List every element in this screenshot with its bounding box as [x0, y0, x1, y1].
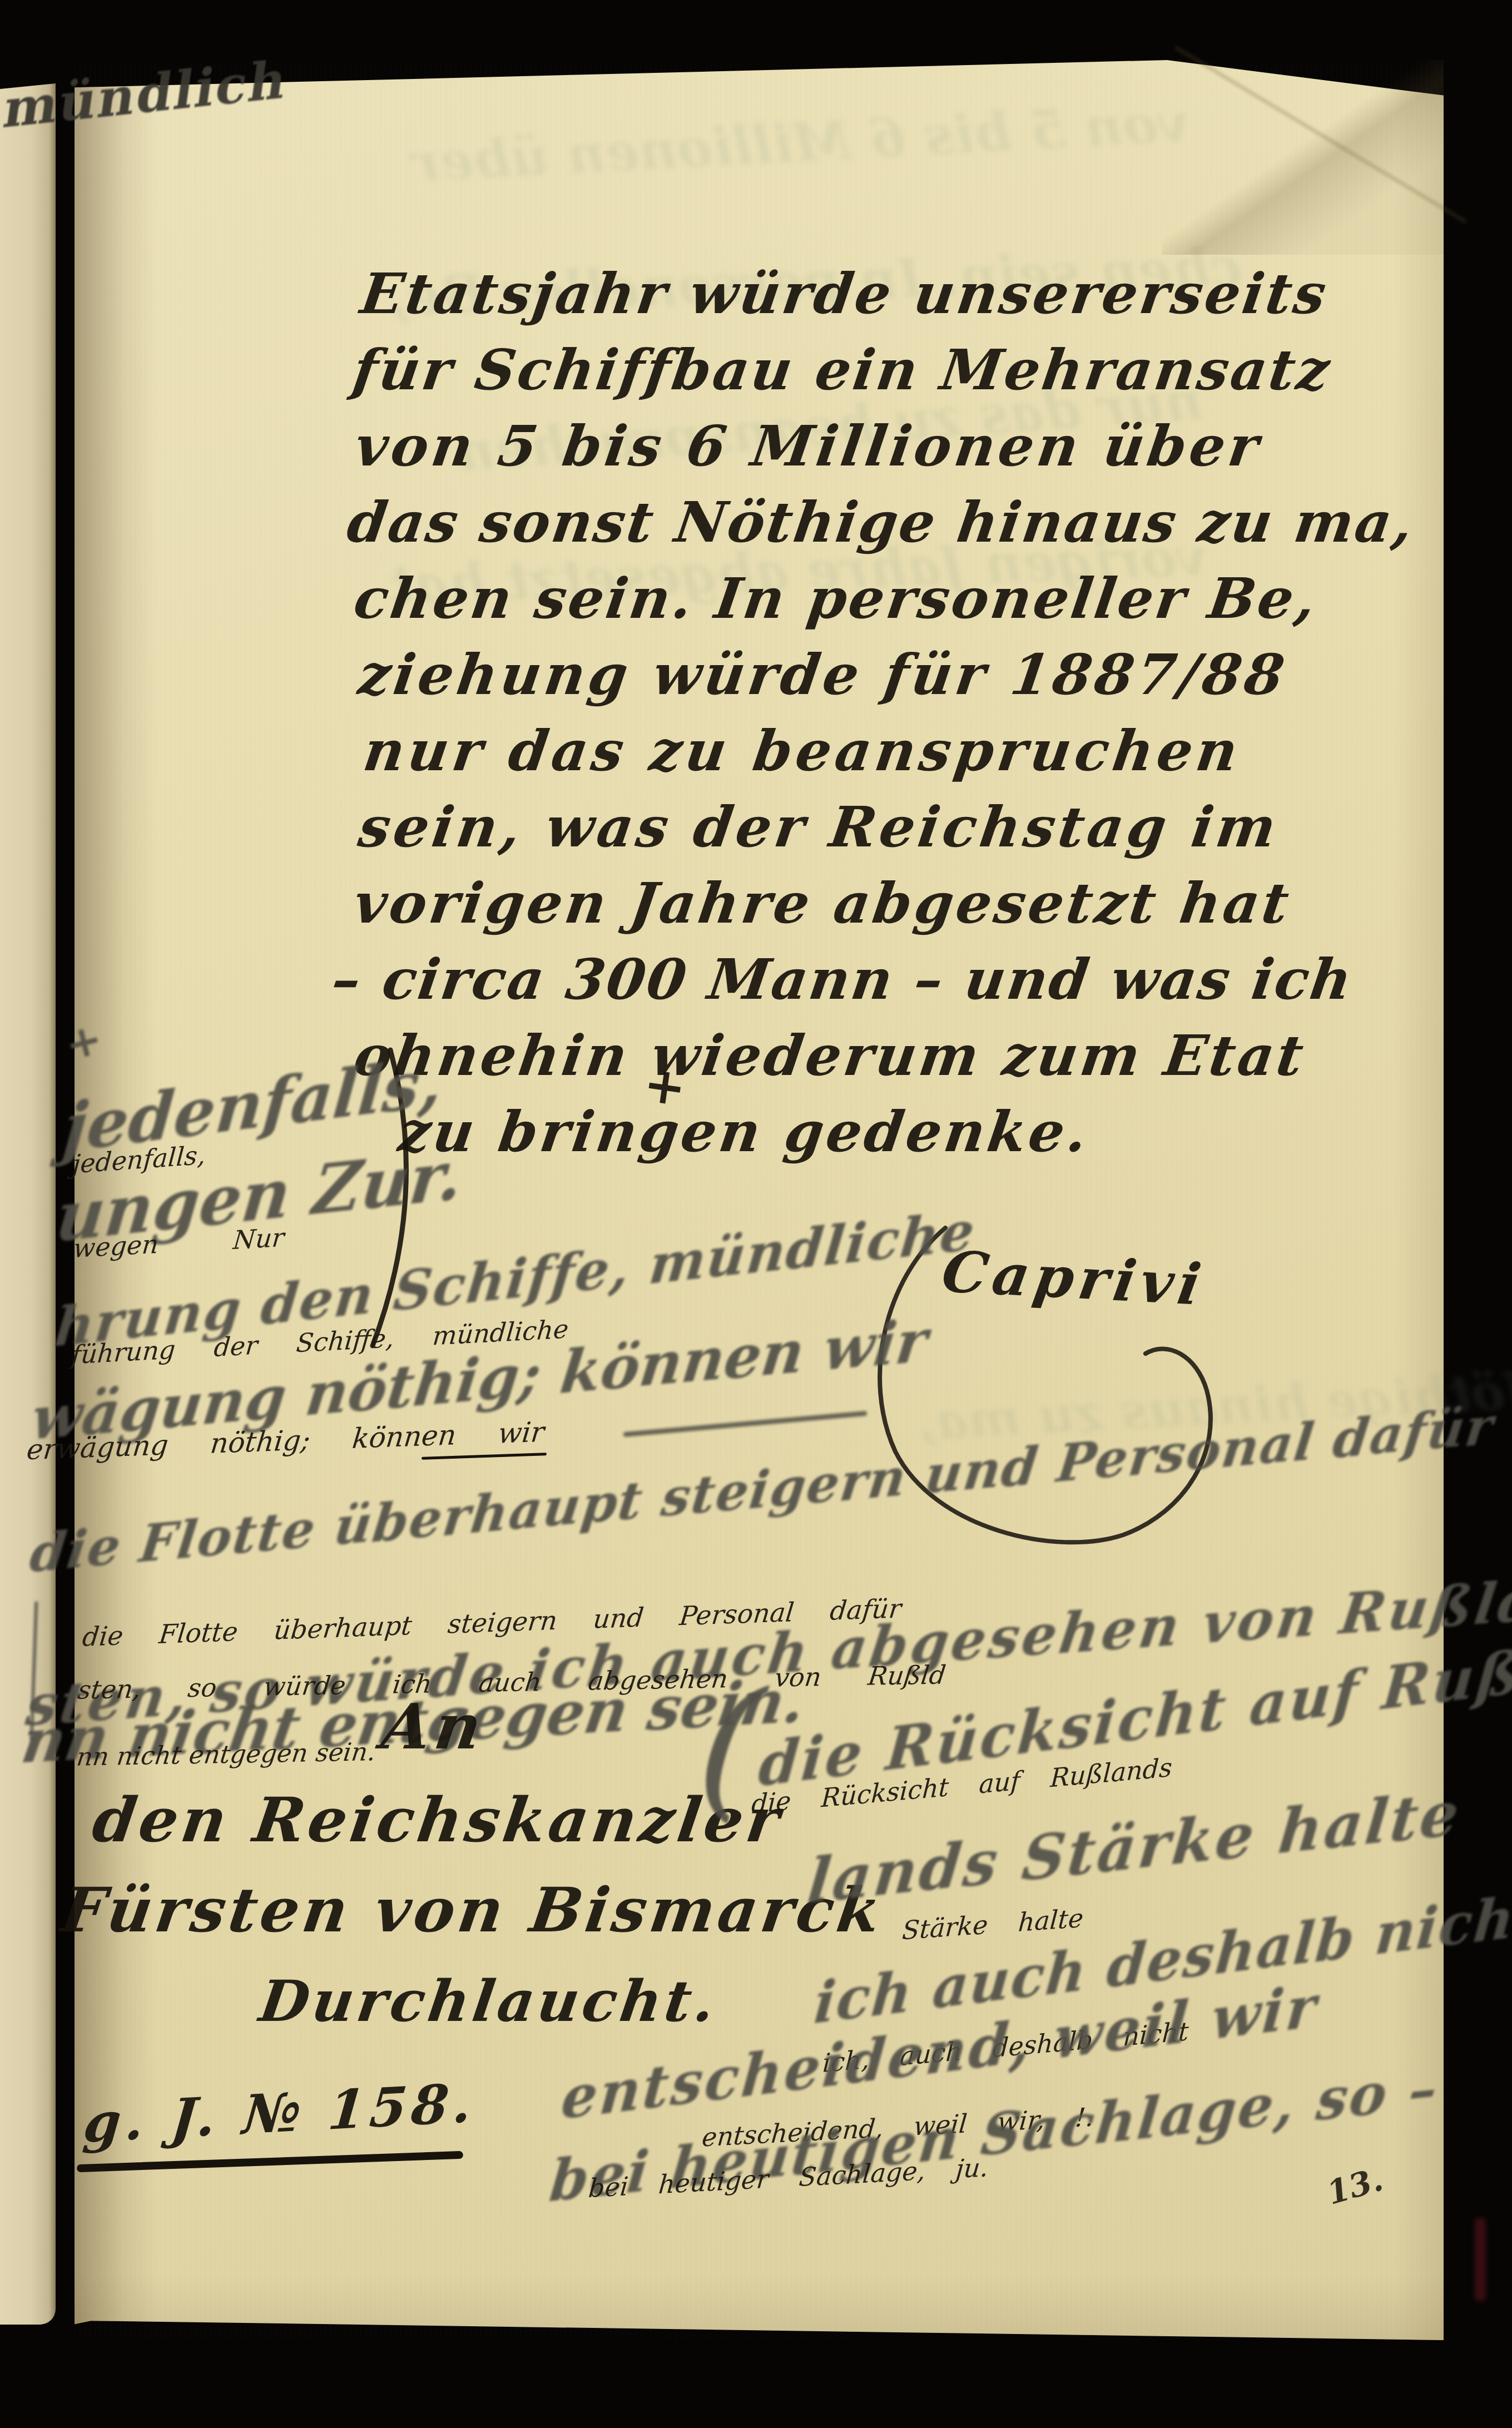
- main-text-line: von 5 bis 6 Millionen über: [352, 418, 1265, 474]
- adjacent-page-edge: [0, 83, 56, 2325]
- insertion-mark: +: [641, 1058, 689, 1114]
- address-line: Fürsten von Bismarck: [58, 1880, 888, 1941]
- main-text-line: ohnehin wiederum zum Etat: [351, 1028, 1310, 1083]
- scanned-manuscript: von 5 bis 6 Millionen über chen sein. In…: [0, 0, 1512, 2428]
- main-text-line: Etatsjahr würde unsererseits: [358, 266, 1332, 321]
- binding-red-mark: [1475, 2218, 1486, 2301]
- address-line: den Reichskanzler: [89, 1790, 786, 1851]
- main-text-line: – circa 300 Mann – und was ich: [329, 952, 1357, 1007]
- signature-flourish: [856, 1218, 1257, 1574]
- main-text-line: vorigen Jahre abgesetzt hat: [351, 875, 1295, 931]
- address-line: Durchlaucht.: [256, 1973, 722, 2030]
- main-text-line: das sonst Nöthige hinaus zu ma,: [344, 494, 1418, 550]
- main-text-line: ziehung würde für 1887/88: [355, 647, 1291, 702]
- main-text-line: sein, was der Reichstag im: [355, 799, 1282, 855]
- main-text-line: chen sein. In personeller Be,: [351, 571, 1321, 626]
- address-line: An: [378, 1696, 489, 1758]
- main-text-line: für Schiffbau ein Mehransatz: [350, 342, 1335, 398]
- main-text-line: nur das zu beanspruchen: [360, 723, 1245, 779]
- ink-gloss-note: nn nicht entgegen sein.: [75, 1739, 377, 1769]
- main-text-line: zu bringen gedenke.: [395, 1104, 1093, 1160]
